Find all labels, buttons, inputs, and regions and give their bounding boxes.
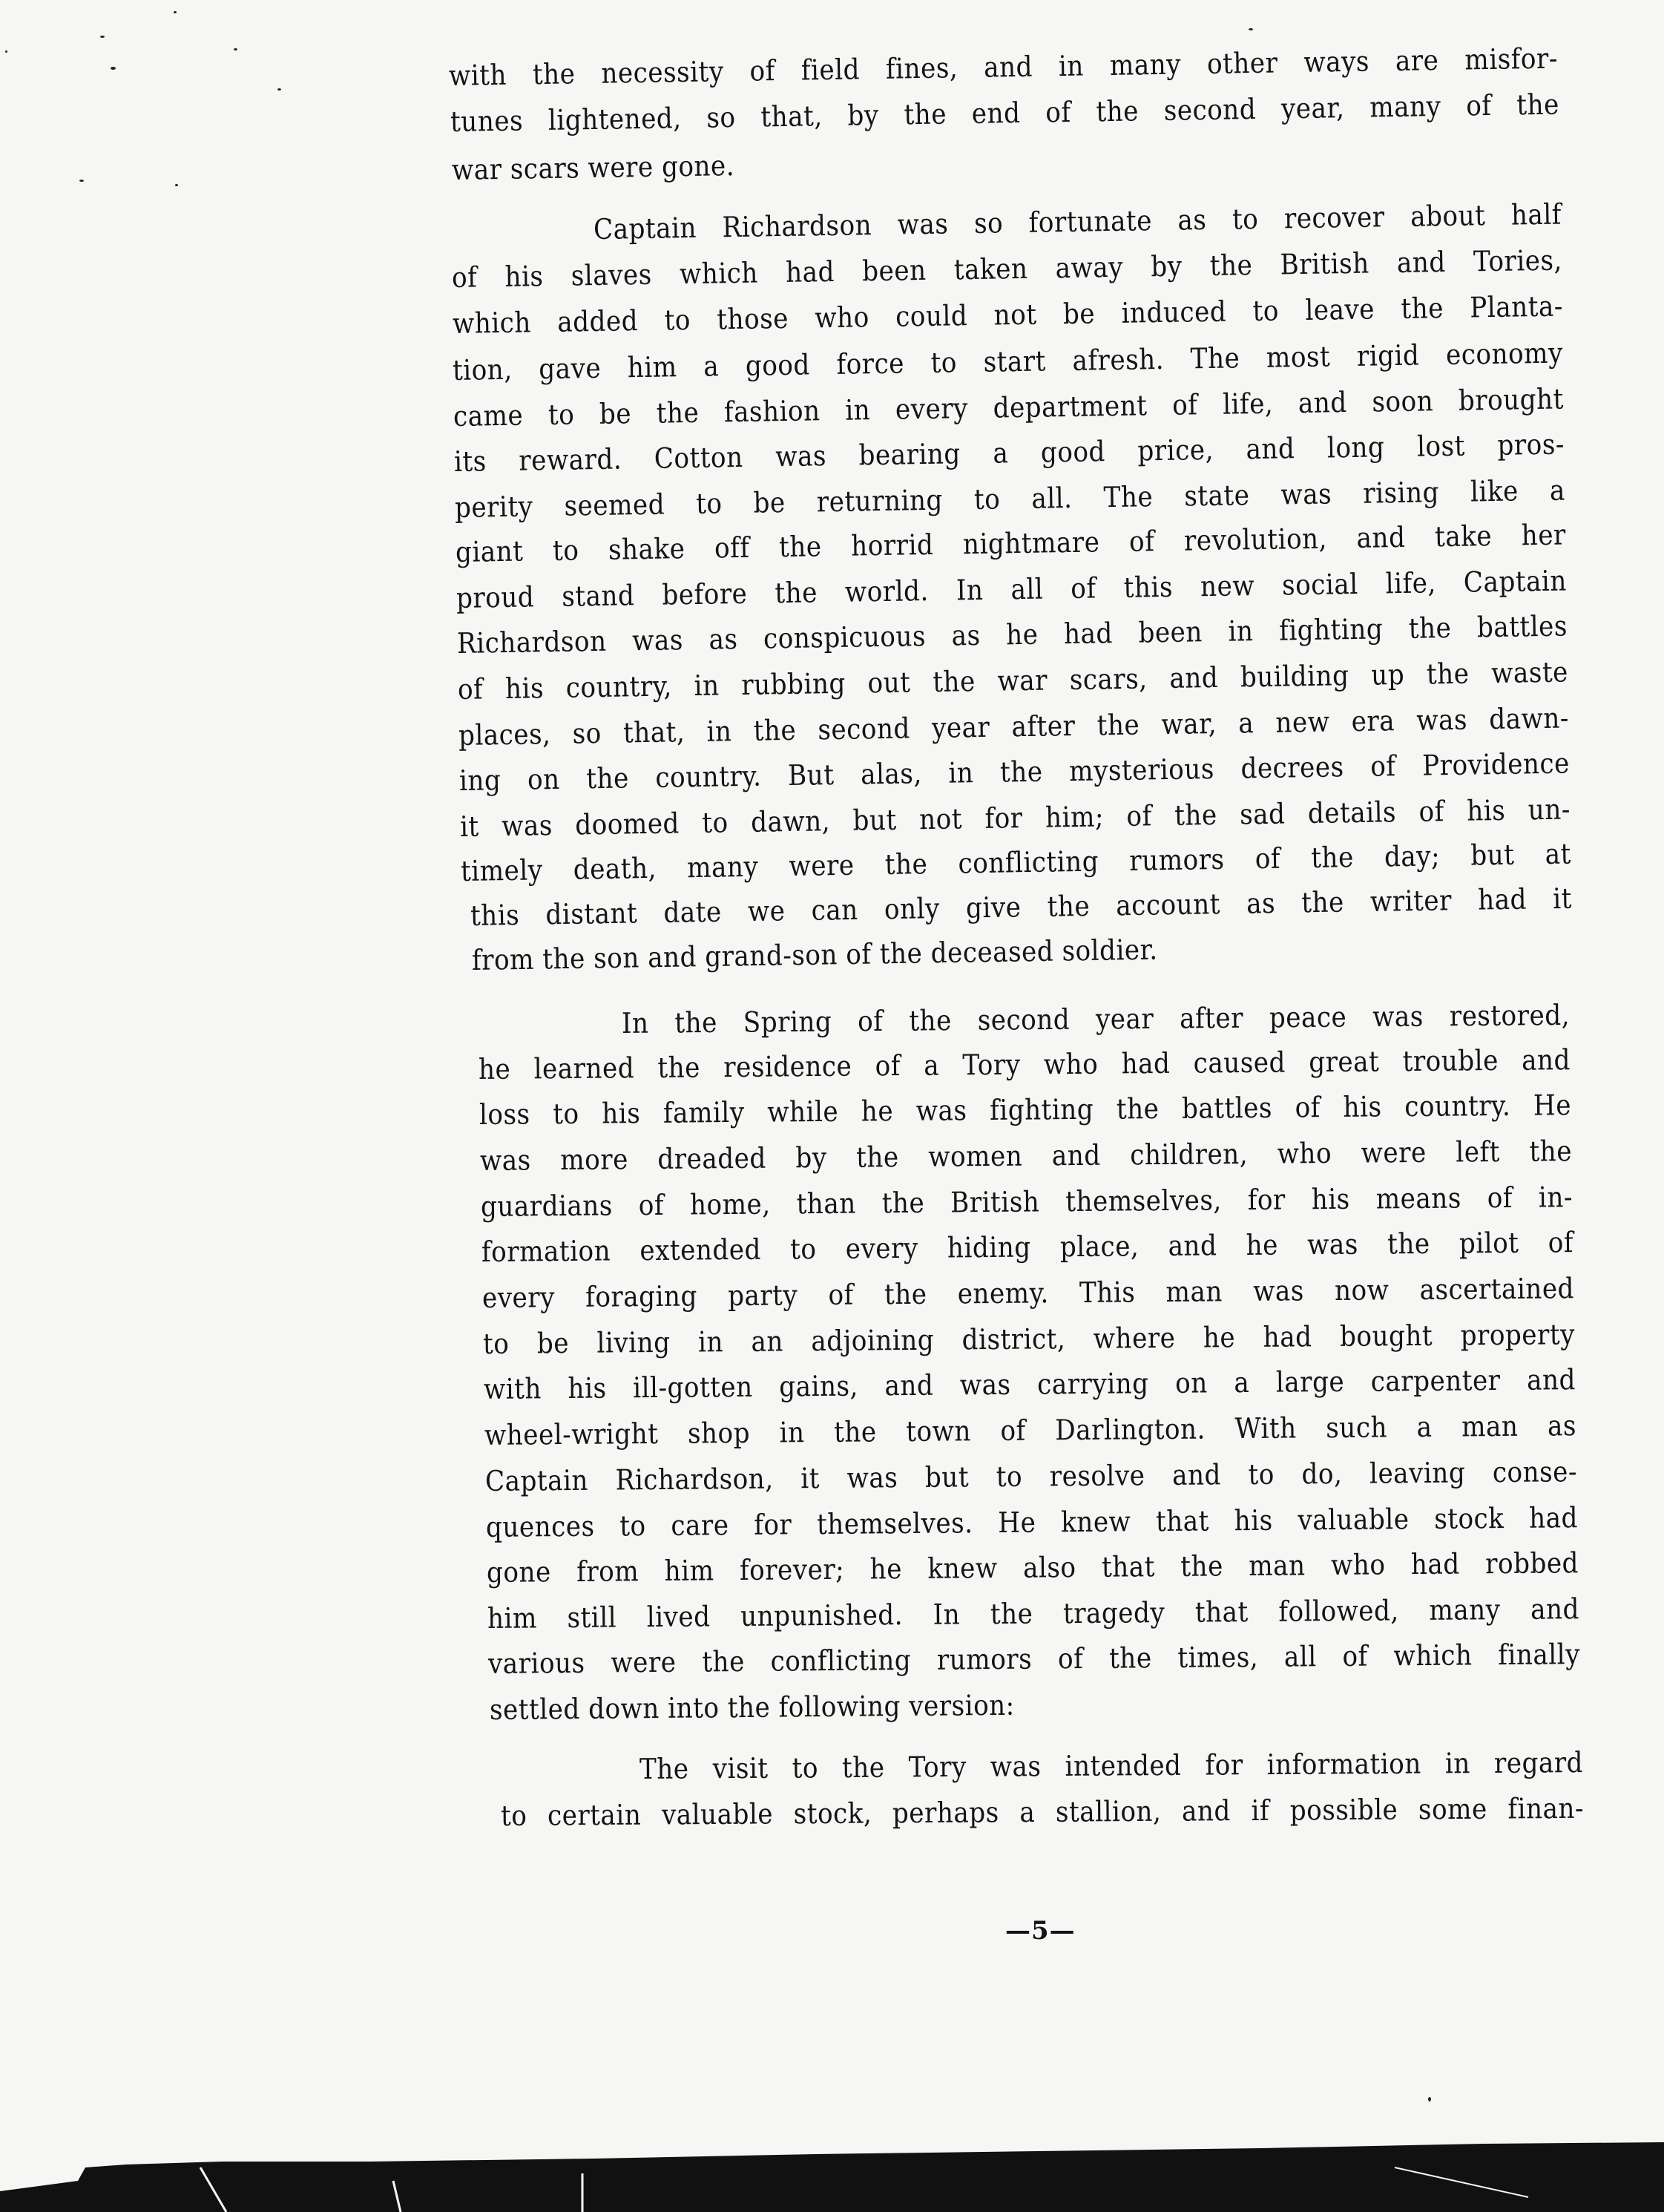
- scan-speck: [1428, 2097, 1431, 2101]
- text-line: with his ill-gotten gains, and was carry…: [484, 1362, 1576, 1407]
- scan-speck: [174, 11, 177, 13]
- text-line: settled down into the following version:: [490, 1687, 1015, 1727]
- text-line: this distant date we can only give the a…: [470, 881, 1573, 933]
- text-line: The visit to the Tory was intended for i…: [639, 1745, 1583, 1787]
- scan-speck: [79, 180, 84, 182]
- text-line: with the necessity of field fines, and i…: [449, 41, 1559, 93]
- text-line: Richardson was as conspicuous as he had …: [457, 608, 1568, 661]
- text-line: proud stand before the world. In all of …: [456, 562, 1568, 616]
- text-line: guardians of home, than the British them…: [481, 1179, 1573, 1224]
- text-line: Captain Richardson was so fortunate as t…: [593, 197, 1562, 247]
- text-line: its reward. Cotton was bearing a good pr…: [454, 426, 1565, 479]
- text-line: In the Spring of the second year after p…: [622, 997, 1570, 1041]
- scan-speck: [111, 67, 116, 70]
- text-line: which added to those who could not be in…: [453, 288, 1564, 341]
- scan-speck: [234, 48, 237, 50]
- page-number: —5—: [1005, 1916, 1076, 1946]
- document-page: with the necessity of field fines, and i…: [0, 0, 1664, 2212]
- text-line: giant to shake off the horrid nightmare …: [456, 516, 1567, 570]
- text-line: it was doomed to dawn, but not for him; …: [460, 791, 1571, 844]
- text-line: tion, gave him a good force to start afr…: [453, 335, 1564, 388]
- text-line: came to be the fashion in every departme…: [453, 381, 1565, 434]
- text-line: quences to care for themselves. He knew …: [486, 1500, 1578, 1545]
- text-line: tunes lightened, so that, by the end of …: [450, 87, 1560, 140]
- text-line: war scars were gone.: [452, 148, 735, 188]
- text-line: to certain valuable stock, perhaps a sta…: [501, 1791, 1584, 1834]
- text-line: to be living in an adjoining district, w…: [483, 1316, 1575, 1362]
- scan-speck: [1249, 28, 1253, 30]
- text-line: he learned the residence of a Tory who h…: [479, 1042, 1571, 1087]
- scan-speck: [175, 184, 178, 186]
- text-line: Captain Richardson, it was but to resolv…: [485, 1454, 1577, 1499]
- text-line: of his country, in rubbing out the war s…: [458, 654, 1569, 707]
- text-line: places, so that, in the second year afte…: [458, 700, 1570, 753]
- text-line: him still lived unpunished. In the trage…: [487, 1591, 1579, 1636]
- scan-bottom-edge: [0, 2138, 1664, 2212]
- text-line: timely death, many were the conflicting …: [461, 836, 1572, 889]
- text-line: ing on the country. But alas, in the mys…: [459, 745, 1571, 798]
- scan-speck: [5, 50, 7, 53]
- text-line: gone from him forever; he knew also that…: [487, 1545, 1579, 1590]
- scan-speck: [277, 88, 281, 91]
- text-line: perity seemed to be returning to all. Th…: [455, 472, 1566, 525]
- scan-speck: [100, 36, 105, 38]
- text-line: wheel-wright shop in the town of Darling…: [484, 1408, 1576, 1453]
- text-line: various were the conflicting rumors of t…: [488, 1636, 1580, 1681]
- text-line: loss to his family while he was fighting…: [479, 1087, 1571, 1132]
- text-line: from the son and grand-son of the deceas…: [472, 931, 1158, 978]
- text-line: every foraging party of the enemy. This …: [482, 1270, 1574, 1316]
- text-line: formation extended to every hiding place…: [481, 1224, 1573, 1270]
- text-line: of his slaves which had been taken away …: [452, 242, 1563, 295]
- text-line: was more dreaded by the women and childr…: [480, 1133, 1572, 1178]
